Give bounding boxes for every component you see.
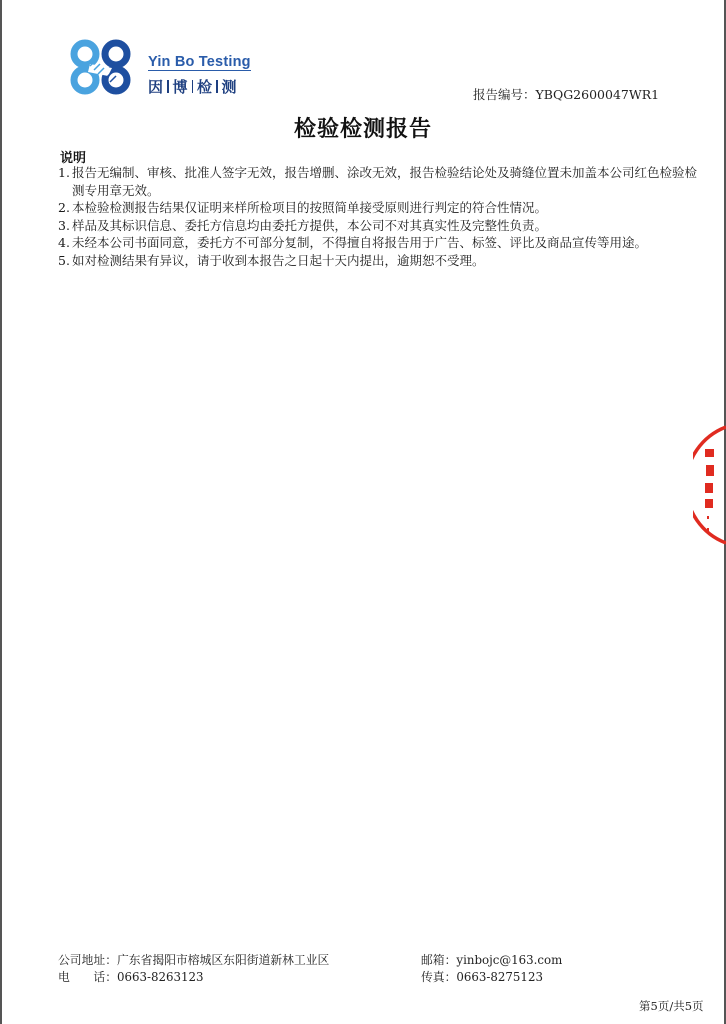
- note-item: 3. 样品及其标识信息、委托方信息均由委托方提供，本公司不对其真实性及完整性负责…: [58, 217, 698, 235]
- footer-row-address: 公司地址：广东省揭阳市榕城区东阳街道新林工业区 邮箱：yinbojc@163.c…: [58, 952, 678, 969]
- note-item: 5. 如对检测结果有异议，请于收到本报告之日起十天内提出，逾期恕不受理。: [58, 252, 698, 270]
- logo-separator: [192, 80, 194, 93]
- note-number: 5.: [58, 252, 72, 270]
- phone-value: 0663-8263123: [117, 970, 204, 984]
- logo-char: 测: [222, 78, 237, 96]
- note-text: 如对检测结果有异议，请于收到本报告之日起十天内提出，逾期恕不受理。: [72, 252, 698, 270]
- note-item: 2. 本检验检测报告结果仅证明来样所检项目的按照简单接受原则进行判定的符合性情况…: [58, 199, 698, 217]
- logo-char: 博: [173, 78, 188, 96]
- note-number: 2.: [58, 199, 72, 217]
- note-number: 3.: [58, 217, 72, 235]
- note-item: 4. 未经本公司书面同意，委托方不可部分复制，不得擅自将报告用于广告、标签、评比…: [58, 234, 698, 252]
- notes-list: 1. 报告无编制、审核、批准人签字无效，报告增删、涂改无效，报告检验结论处及骑缝…: [58, 164, 698, 269]
- note-text: 样品及其标识信息、委托方信息均由委托方提供，本公司不对其真实性及完整性负责。: [72, 217, 698, 235]
- email-info: 邮箱：yinbojc@163.com: [421, 952, 562, 969]
- footer-row-phone: 电 话：0663-8263123 传真：0663-8275123: [58, 969, 678, 986]
- report-number-value: YBQG2600047WR1: [536, 87, 660, 102]
- note-text: 本检验检测报告结果仅证明来样所检项目的按照简单接受原则进行判定的符合性情况。: [72, 199, 698, 217]
- logo-separator: [216, 80, 218, 93]
- logo-english-name: Yin Bo Testing: [148, 55, 251, 71]
- note-number: 1.: [58, 164, 72, 199]
- address-value: 广东省揭阳市榕城区东阳街道新林工业区: [117, 953, 329, 967]
- logo-separator: [167, 80, 169, 93]
- company-logo: Yin Bo Testing 因博检测: [68, 38, 258, 96]
- note-item: 1. 报告无编制、审核、批准人签字无效，报告增删、涂改无效，报告检验结论处及骑缝…: [58, 164, 698, 199]
- fax-label: 传真：: [421, 970, 456, 984]
- fax-info: 传真：0663-8275123: [421, 969, 543, 986]
- logo-char: 因: [148, 78, 163, 96]
- email-value: yinbojc@163.com: [456, 953, 562, 967]
- address-label: 公司地址：: [58, 953, 117, 967]
- page-indicator: 第5页/共5页: [639, 998, 704, 1014]
- logo-char: 检: [197, 78, 212, 96]
- logo-chinese-name: 因博检测: [148, 76, 237, 97]
- seam-stamp-icon: [693, 425, 726, 545]
- report-number-label: 报告编号：: [473, 87, 536, 102]
- page-title: 检验检测报告: [0, 112, 726, 143]
- fax-value: 0663-8275123: [456, 970, 543, 984]
- report-number: 报告编号：YBQG2600047WR1: [473, 85, 659, 103]
- email-label: 邮箱：: [421, 953, 456, 967]
- note-text: 未经本公司书面同意，委托方不可部分复制，不得擅自将报告用于广告、标签、评比及商品…: [72, 234, 698, 252]
- note-number: 4.: [58, 234, 72, 252]
- footer-contact: 公司地址：广东省揭阳市榕城区东阳街道新林工业区 邮箱：yinbojc@163.c…: [58, 952, 678, 986]
- page-border-left: [0, 0, 2, 1024]
- phone-label: 电 话：: [58, 970, 117, 984]
- logo-88-icon: [68, 38, 134, 96]
- note-text: 报告无编制、审核、批准人签字无效，报告增删、涂改无效，报告检验结论处及骑缝位置未…: [72, 164, 698, 199]
